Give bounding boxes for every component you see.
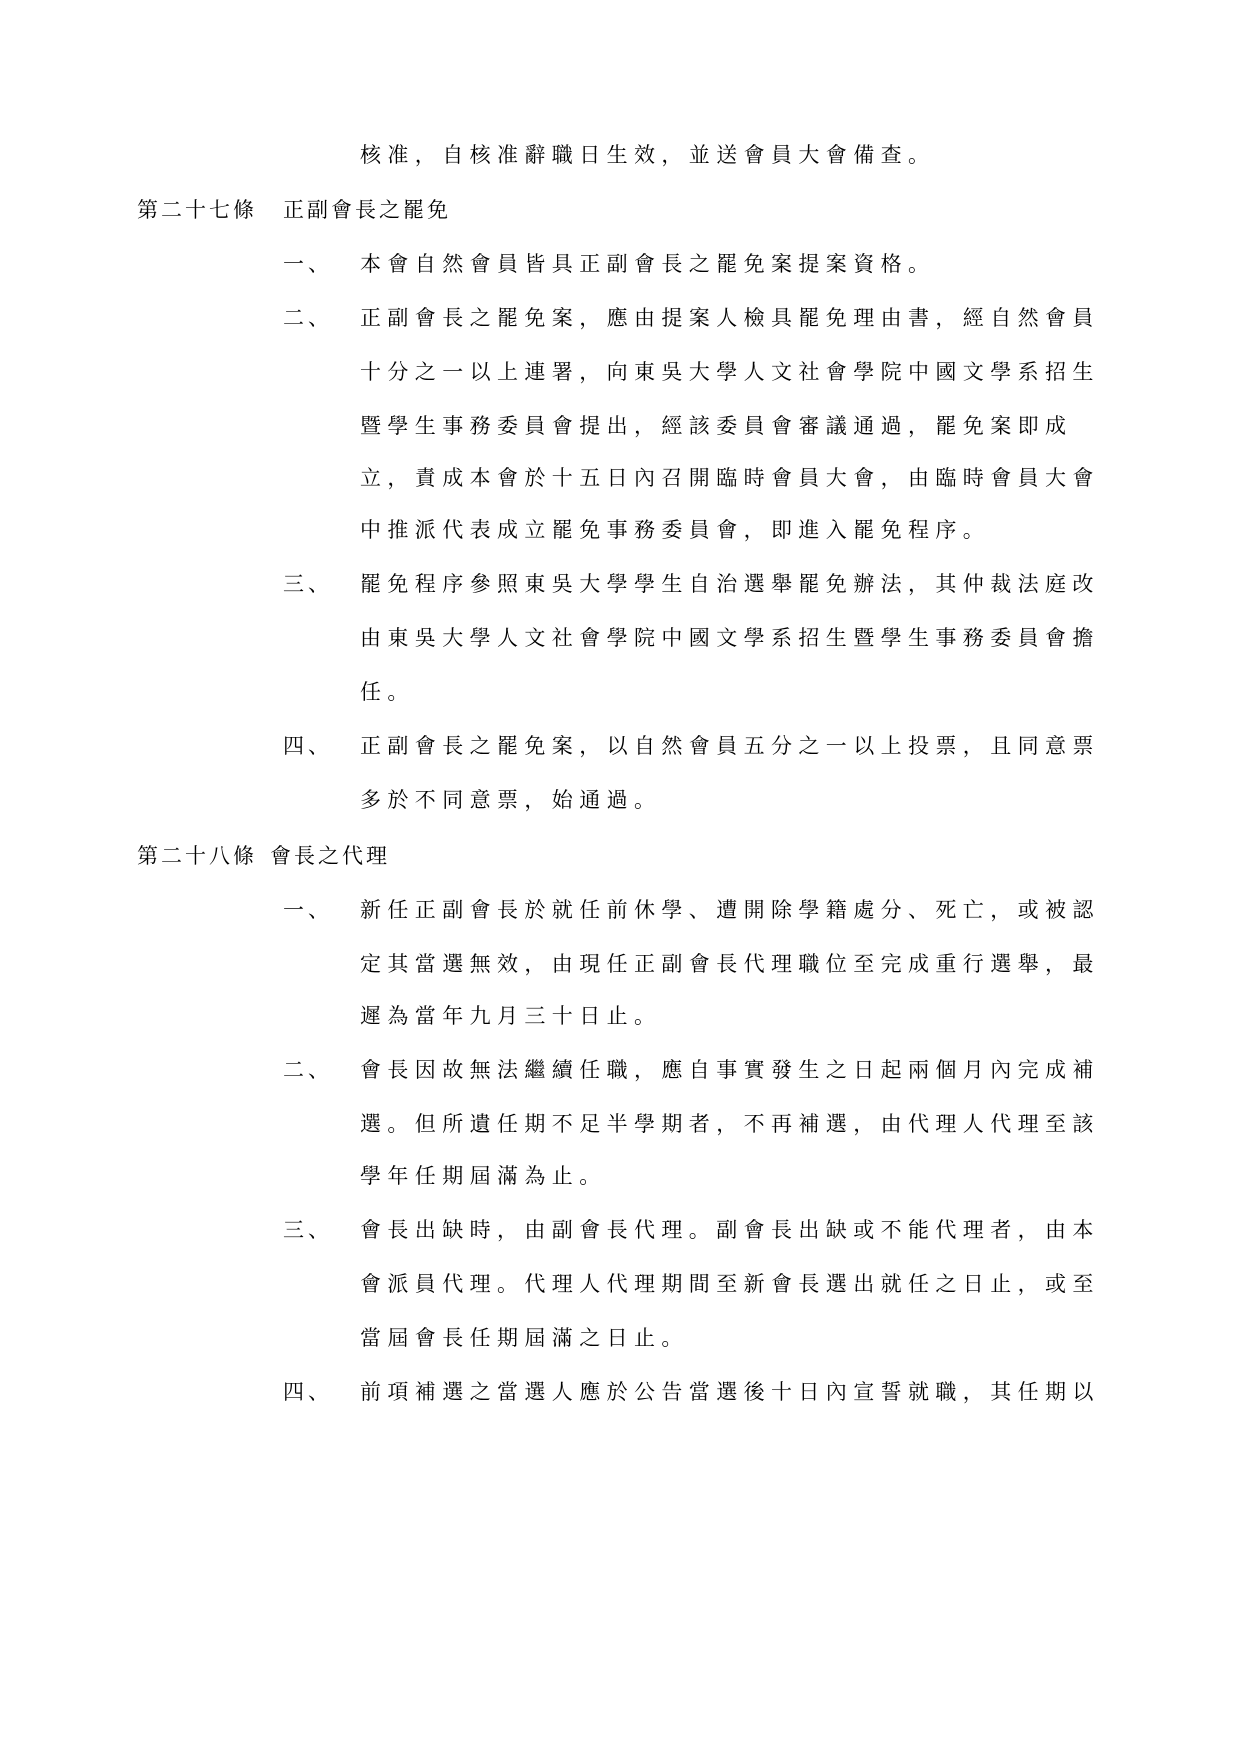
item-marker: 二、 bbox=[283, 304, 333, 332]
item-text: 選。但所遺任期不足半學期者，不再補選，由代理人代理至該 bbox=[360, 1110, 1100, 1138]
item-text: 會長出缺時，由副會長代理。副會長出缺或不能代理者，由本 bbox=[360, 1216, 1100, 1244]
item-text: 定其當選無效，由現任正副會長代理職位至完成重行選舉，最 bbox=[360, 950, 1100, 978]
item-text: 會長因故無法繼續任職，應自事實發生之日起兩個月內完成補 bbox=[360, 1056, 1100, 1084]
item-text: 立，責成本會於十五日內召開臨時會員大會，由臨時會員大會 bbox=[360, 464, 1100, 492]
article-number: 第二十七條 bbox=[137, 196, 257, 224]
item-text: 前項補選之當選人應於公告當選後十日內宣誓就職，其任期以 bbox=[360, 1378, 1100, 1406]
article-heading: 第二十七條 bbox=[137, 196, 257, 224]
item-text: 多於不同意票，始通過。 bbox=[360, 786, 661, 814]
item-text: 暨學生事務委員會提出，經該委員會審議通過，罷免案即成 bbox=[360, 412, 1072, 440]
article-heading: 第二十八條 bbox=[137, 842, 257, 870]
item-text: 本會自然會員皆具正副會長之罷免案提案資格。 bbox=[360, 250, 935, 278]
continuation-line: 核准，自核准辭職日生效，並送會員大會備查。 bbox=[360, 141, 935, 169]
item-text: 正副會長之罷免案，以自然會員五分之一以上投票，且同意票 bbox=[360, 732, 1100, 760]
item-text: 任。 bbox=[360, 678, 415, 706]
item-marker: 一、 bbox=[283, 250, 333, 278]
article-title: 會長之代理 bbox=[270, 842, 390, 870]
item-marker: 一、 bbox=[283, 896, 333, 924]
item-text: 十分之一以上連署，向東吳大學人文社會學院中國文學系招生 bbox=[360, 358, 1100, 386]
item-text: 中推派代表成立罷免事務委員會，即進入罷免程序。 bbox=[360, 516, 990, 544]
item-text: 學年任期屆滿為止。 bbox=[360, 1162, 607, 1190]
item-text: 由東吳大學人文社會學院中國文學系招生暨學生事務委員會擔 bbox=[360, 624, 1100, 652]
item-marker: 四、 bbox=[283, 1378, 333, 1406]
item-text: 會派員代理。代理人代理期間至新會長選出就任之日止，或至 bbox=[360, 1270, 1100, 1298]
item-marker: 四、 bbox=[283, 732, 333, 760]
item-text: 遲為當年九月三十日止。 bbox=[360, 1002, 661, 1030]
article-number: 第二十八條 bbox=[137, 842, 257, 870]
article-title: 正副會長之罷免 bbox=[283, 196, 451, 224]
item-text: 正副會長之罷免案，應由提案人檢具罷免理由書，經自然會員 bbox=[360, 304, 1100, 332]
item-marker: 三、 bbox=[283, 1216, 333, 1244]
item-text: 罷免程序參照東吳大學學生自治選舉罷免辦法，其仲裁法庭改 bbox=[360, 570, 1100, 598]
document-page: 核准，自核准辭職日生效，並送會員大會備查。 第二十七條 正副會長之罷免 一、 本… bbox=[0, 0, 1241, 1755]
item-text: 新任正副會長於就任前休學、遭開除學籍處分、死亡，或被認 bbox=[360, 896, 1100, 924]
item-marker: 三、 bbox=[283, 570, 333, 598]
item-text: 當屆會長任期屆滿之日止。 bbox=[360, 1324, 689, 1352]
item-marker: 二、 bbox=[283, 1056, 333, 1084]
